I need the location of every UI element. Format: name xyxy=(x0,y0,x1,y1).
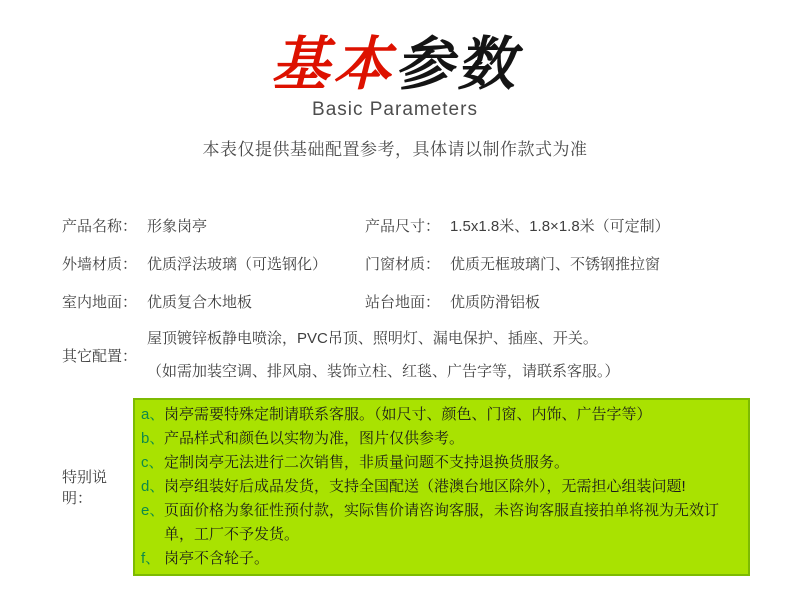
header: 基本参数 Basic Parameters 本表仅提供基础配置参考，具体请以制作… xyxy=(0,0,790,160)
note-marker-b: b、 xyxy=(141,427,164,451)
spec-label-door-material: 门窗材质： xyxy=(365,253,450,274)
spec-row-special-notes: 特别说明： a、 岗亭需要特殊定制请联系客服。（如尺寸、颜色、门窗、内饰、广告字… xyxy=(62,398,760,576)
note-marker-c: c、 xyxy=(141,451,164,475)
spec-label-platform-floor: 站台地面： xyxy=(365,291,450,312)
spec-value-wall-material: 优质浮法玻璃（可选钢化） xyxy=(147,253,365,274)
special-notes-box: a、 岗亭需要特殊定制请联系客服。（如尺寸、颜色、门窗、内饰、广告字等） b、 … xyxy=(133,398,750,576)
page-subtitle-english: Basic Parameters xyxy=(0,98,790,122)
note-marker-a: a、 xyxy=(141,403,164,427)
special-note-item-c: c、 定制岗亭无法进行二次销售，非质量问题不支持退换货服务。 xyxy=(141,451,738,475)
spec-value-product-size: 1.5x1.8米、1.8×1.8米（可定制） xyxy=(450,215,760,236)
note-text-b: 产品样式和颜色以实物为准，图片仅供参考。 xyxy=(164,427,738,451)
special-note-item-f: f、 岗亭不含轮子。 xyxy=(141,547,738,571)
spec-value-door-material: 优质无框玻璃门、不锈钢推拉窗 xyxy=(450,253,760,274)
spec-row-other-config: 其它配置： 屋顶镀锌板静电喷涂，PVC吊顶、照明灯、漏电保护、插座、开关。 （如… xyxy=(62,322,760,388)
other-config-lines: 屋顶镀锌板静电喷涂，PVC吊顶、照明灯、漏电保护、插座、开关。 （如需加装空调、… xyxy=(147,322,620,388)
spec-label-product-name: 产品名称： xyxy=(62,215,147,236)
other-config-line-1: 屋顶镀锌板静电喷涂，PVC吊顶、照明灯、漏电保护、插座、开关。 xyxy=(147,322,620,355)
page-title-red-part: 基本 xyxy=(271,30,395,98)
note-marker-d: d、 xyxy=(141,475,164,499)
spec-row-floor-platform: 室内地面： 优质复合木地板 站台地面： 优质防滑铝板 xyxy=(62,282,760,320)
note-text-c: 定制岗亭无法进行二次销售，非质量问题不支持退换货服务。 xyxy=(164,451,738,475)
spec-label-other-config: 其它配置： xyxy=(62,345,147,366)
other-config-line-2: （如需加装空调、排风扇、装饰立柱、红毯、广告字等，请联系客服。） xyxy=(147,355,620,388)
note-marker-f: f、 xyxy=(141,547,164,571)
special-note-item-b: b、 产品样式和颜色以实物为准，图片仅供参考。 xyxy=(141,427,738,451)
page-title: 基本参数 xyxy=(0,30,790,98)
spec-value-product-name: 形象岗亭 xyxy=(147,215,365,236)
spec-value-indoor-floor: 优质复合木地板 xyxy=(147,291,365,312)
note-text-d: 岗亭组装好后成品发货，支持全国配送（港澳台地区除外），无需担心组装问题! xyxy=(164,475,738,499)
spec-label-wall-material: 外墙材质： xyxy=(62,253,147,274)
note-text-e: 页面价格为象征性预付款，实际售价请咨询客服，未咨询客服直接拍单将视为无效订单，工… xyxy=(164,499,738,547)
spec-table: 产品名称： 形象岗亭 产品尺寸： 1.5x1.8米、1.8×1.8米（可定制） … xyxy=(0,206,790,576)
page-title-black-part: 参数 xyxy=(395,30,519,98)
special-note-item-a: a、 岗亭需要特殊定制请联系客服。（如尺寸、颜色、门窗、内饰、广告字等） xyxy=(141,403,738,427)
header-disclaimer: 本表仅提供基础配置参考，具体请以制作款式为准 xyxy=(0,135,790,160)
note-text-f: 岗亭不含轮子。 xyxy=(164,547,738,571)
note-marker-e: e、 xyxy=(141,499,164,547)
spec-value-platform-floor: 优质防滑铝板 xyxy=(450,291,760,312)
special-note-item-e: e、 页面价格为象征性预付款，实际售价请咨询客服，未咨询客服直接拍单将视为无效订… xyxy=(141,499,738,547)
spec-row-product-name-size: 产品名称： 形象岗亭 产品尺寸： 1.5x1.8米、1.8×1.8米（可定制） xyxy=(62,206,760,244)
spec-label-product-size: 产品尺寸： xyxy=(365,215,450,236)
spec-label-indoor-floor: 室内地面： xyxy=(62,291,147,312)
special-note-item-d: d、 岗亭组装好后成品发货，支持全国配送（港澳台地区除外），无需担心组装问题! xyxy=(141,475,738,499)
spec-sheet-page: 基本参数 Basic Parameters 本表仅提供基础配置参考，具体请以制作… xyxy=(0,0,790,590)
spec-label-special-notes: 特别说明： xyxy=(62,466,133,508)
note-text-a: 岗亭需要特殊定制请联系客服。（如尺寸、颜色、门窗、内饰、广告字等） xyxy=(164,403,738,427)
spec-row-wall-door: 外墙材质： 优质浮法玻璃（可选钢化） 门窗材质： 优质无框玻璃门、不锈钢推拉窗 xyxy=(62,244,760,282)
